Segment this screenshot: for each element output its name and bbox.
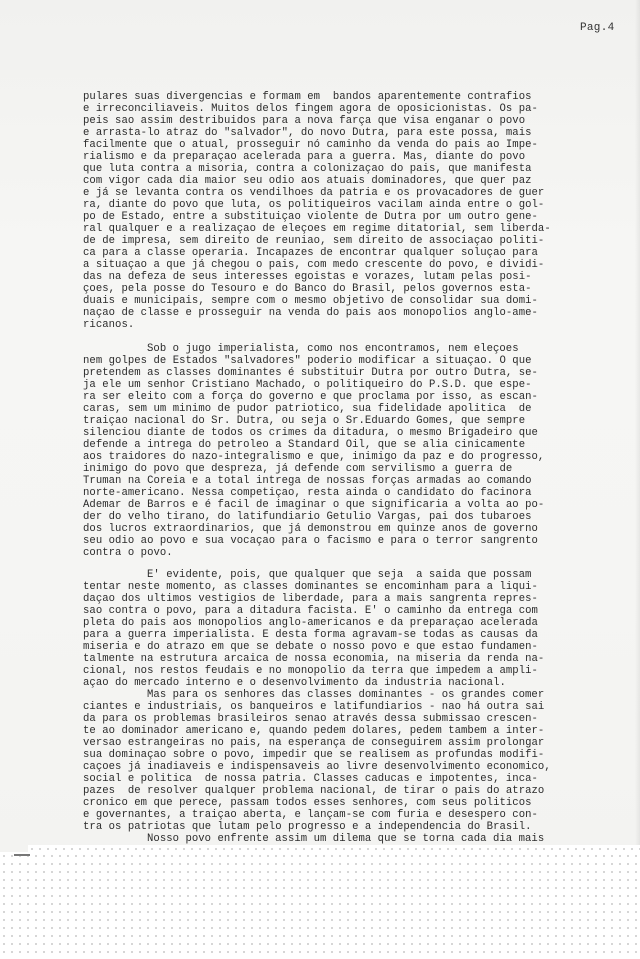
text-line: contra o povo. bbox=[83, 547, 623, 559]
text-line: seu odio ao povo e sua vocaçao para o fa… bbox=[83, 535, 623, 547]
text-line: da para os problemas brasileiros senao a… bbox=[83, 713, 623, 725]
text-line: daçao dos ultimos vestigios de liberdade… bbox=[83, 593, 623, 605]
text-line: der do velho tirano, do latifundiario Ge… bbox=[83, 511, 623, 523]
text-line: das na defeza de seus interesses egoista… bbox=[83, 271, 623, 283]
text-line: Nosso povo enfrente assim um dilema que … bbox=[147, 833, 640, 845]
text-line: aos traidores do nazo-integralismo e que… bbox=[83, 451, 623, 463]
text-line: norte-americano. Nessa competiçao, resta… bbox=[83, 487, 623, 499]
text-line: çoes, pela posse do Tesouro e do Banco d… bbox=[83, 283, 623, 295]
text-line: tentar neste momento, as classes dominan… bbox=[83, 581, 623, 593]
text-line: defende a intrega do petroleo a Standard… bbox=[83, 439, 623, 451]
text-line: dos lucros extraordinarios, que já demon… bbox=[83, 523, 623, 535]
text-line: pazes de resolver qualquer problema naci… bbox=[83, 785, 623, 797]
text-line: caras, sem um minimo de pudor patriotico… bbox=[83, 403, 623, 415]
text-line: talmente na estrutura arcaica de nossa e… bbox=[83, 653, 623, 665]
text-line: de de impresa, sem direito de reuniao, s… bbox=[83, 235, 623, 247]
text-line: inimigo do povo que despreza, já defende… bbox=[83, 463, 623, 475]
text-line: ra ser eleito com a força do governo e q… bbox=[83, 391, 623, 403]
text-line: ra, diante do povo que luta, os politiqu… bbox=[83, 199, 623, 211]
text-line: tra os patriotas que lutam pelo progress… bbox=[83, 821, 623, 833]
text-line: Mas para os senhores das classes dominan… bbox=[147, 689, 640, 701]
text-line: miseria e do atrazo em que se debate o n… bbox=[83, 641, 623, 653]
text-line: e já se levanta contra os vendilhoes da … bbox=[83, 187, 623, 199]
text-line: duais e municipais, sempre com o mesmo o… bbox=[83, 295, 623, 307]
text-line: silenciou diante de todos os crimes da d… bbox=[83, 427, 623, 439]
text-line: po de Estado, entre a substituiçao viole… bbox=[83, 211, 623, 223]
text-line: traiçao nacional do Sr. Dutra, ou seja o… bbox=[83, 415, 623, 427]
text-line: Truman na Coreia e a total intrega de no… bbox=[83, 475, 623, 487]
text-line: pretendem as classes dominantes é substi… bbox=[83, 367, 623, 379]
text-line: ricanos. bbox=[83, 319, 623, 331]
text-line: e governantes, a traiçao aberta, e lança… bbox=[83, 809, 623, 821]
text-line: ral qualquer e a realizaçao de eleçoes e… bbox=[83, 223, 623, 235]
transparency-background bbox=[0, 852, 640, 959]
text-line: com vigor cada dia maior seu odio aos at… bbox=[83, 175, 623, 187]
text-line: peis sao assim destribuidos para a nova … bbox=[83, 115, 623, 127]
page-edge-shadow bbox=[635, 0, 640, 852]
text-line: versao estrangeiras no pais, na esperanç… bbox=[83, 737, 623, 749]
margin-mark bbox=[14, 854, 30, 856]
text-line: e irreconciliaveis. Muitos delos fingem … bbox=[83, 103, 623, 115]
text-line: pleta do pais aos monopolios anglo-ameri… bbox=[83, 617, 623, 629]
text-line: caçoes já inadiaveis e indispensaveis ao… bbox=[83, 761, 623, 773]
text-line: Ademar de Barros e é facil de imaginar o… bbox=[83, 499, 623, 511]
text-line: E' evidente, pois, que qualquer que seja… bbox=[147, 569, 640, 581]
text-line: para a guerra imperialista. E desta form… bbox=[83, 629, 623, 641]
text-line: açao do mercado interno e o desenvolvime… bbox=[83, 677, 623, 689]
text-line: cional, nos restos feudais e no monopoli… bbox=[83, 665, 623, 677]
text-line: ja ele um senhor Cristiano Machado, o po… bbox=[83, 379, 623, 391]
text-line: cronico em que perece, passam todos esse… bbox=[83, 797, 623, 809]
text-line: rialismo e da preparaçao acelerada para … bbox=[83, 151, 623, 163]
text-line: social e politica de nossa patria. Class… bbox=[83, 773, 623, 785]
text-line: te ao dominador americano e, quando pede… bbox=[83, 725, 623, 737]
text-line: naçao de classe e prosseguir na venda do… bbox=[83, 307, 623, 319]
text-line: sao contra o povo, para a ditadura facis… bbox=[83, 605, 623, 617]
page-number: Pag.4 bbox=[580, 22, 615, 34]
text-line: ca para a classe operaria. Incapazes de … bbox=[83, 247, 623, 259]
text-line: que luta contra a misoria, contra a colo… bbox=[83, 163, 623, 175]
text-line: facilmente que o atual, prosseguir nó ca… bbox=[83, 139, 623, 151]
text-line: Sob o jugo imperialista, como nos encont… bbox=[147, 343, 640, 355]
text-line: nem golpes de Estados "salvadores" poder… bbox=[83, 355, 623, 367]
text-line: a situaçao a que já chegou o pais, com m… bbox=[83, 259, 623, 271]
text-line: ciantes e industriais, os banqueiros e l… bbox=[83, 701, 623, 713]
text-line: e arrasta-lo atraz do "salvador", do nov… bbox=[83, 127, 623, 139]
text-line: sua dominaçao sobre o povo, impedir que … bbox=[83, 749, 623, 761]
document-page: Pag.4 pulares suas divergencias e formam… bbox=[0, 0, 640, 852]
text-line: pulares suas divergencias e formam em ba… bbox=[83, 91, 623, 103]
